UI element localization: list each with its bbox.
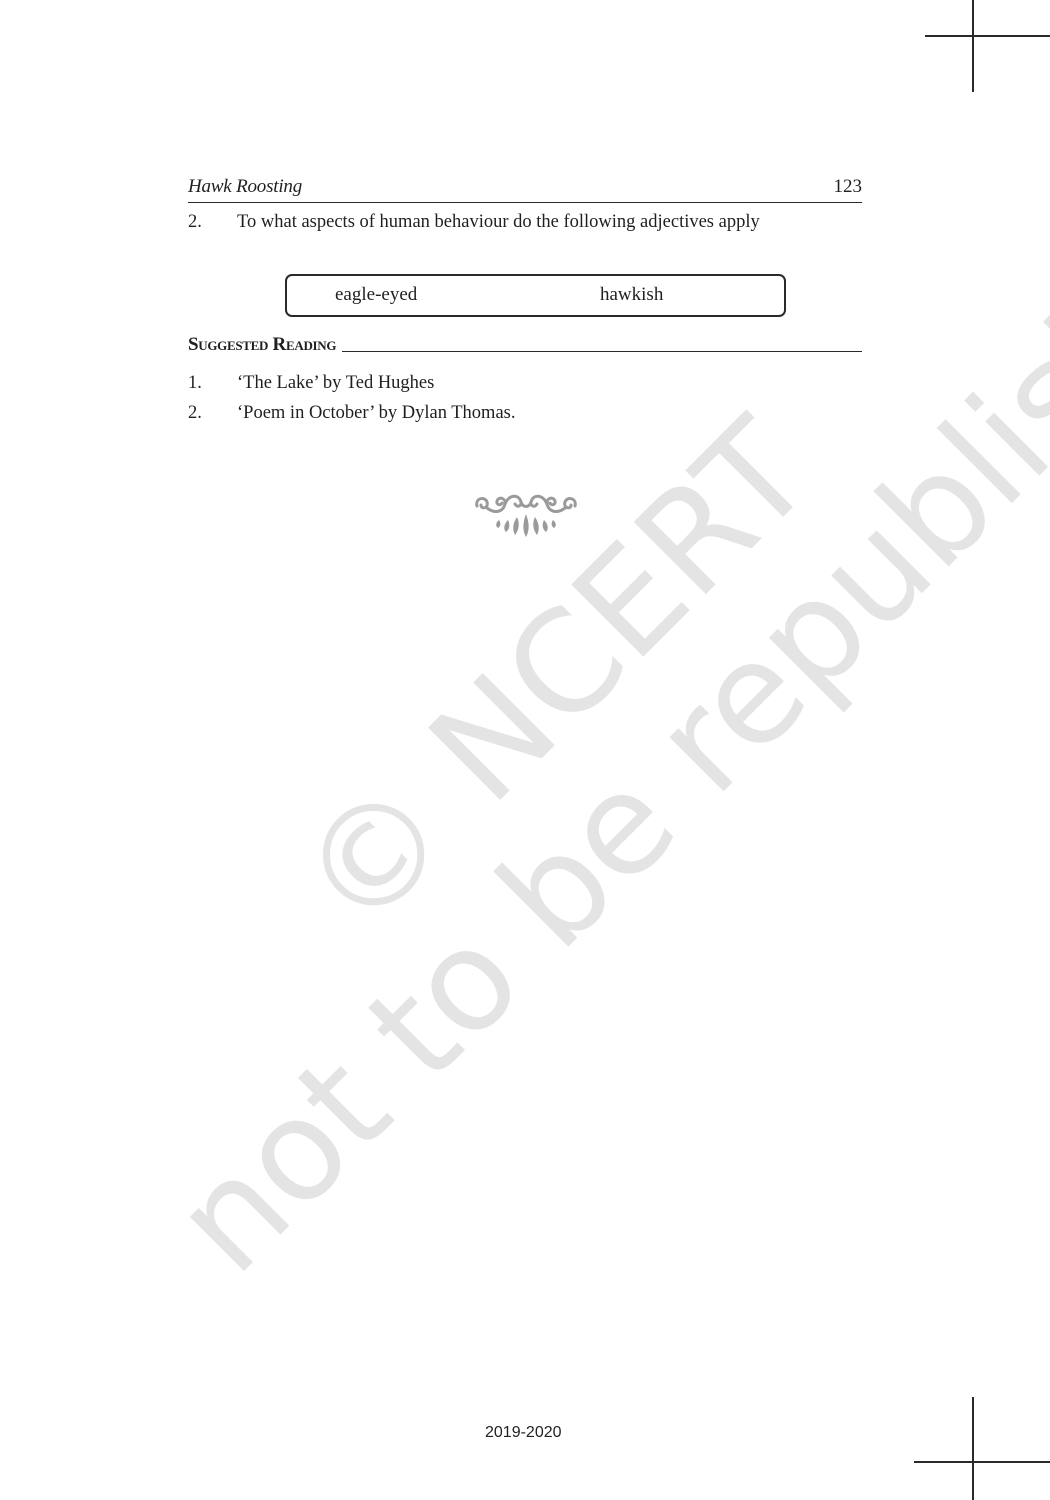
running-head: Hawk Roosting 123 [188, 174, 862, 203]
suggested-reading-heading: Suggested Reading [188, 335, 862, 355]
crop-mark-top-right-horizontal [925, 35, 1050, 37]
suggested-reading-list: 1. ‘The Lake’ by Ted Hughes 2. ‘Poem in … [188, 371, 862, 431]
page-number: 123 [834, 176, 863, 198]
section-heading-label: Suggested Reading [188, 335, 336, 355]
section-heading-rule [342, 351, 862, 352]
word-hawkish: hawkish [600, 284, 663, 306]
list-item-number: 2. [188, 401, 202, 425]
footer-year: 2019-2020 [485, 1424, 562, 1442]
list-item-text: ‘The Lake’ by Ted Hughes [237, 371, 434, 395]
list-item: 2. ‘Poem in October’ by Dylan Thomas. [188, 401, 862, 431]
list-item-number: 1. [188, 371, 202, 395]
crop-mark-top-right-vertical [972, 0, 974, 92]
crop-mark-bottom-right-vertical [972, 1397, 974, 1500]
question-2: 2. To what aspects of human behaviour do… [188, 210, 862, 234]
adjective-word-box: eagle-eyed hawkish [285, 274, 786, 317]
question-text: To what aspects of human behaviour do th… [237, 210, 862, 234]
watermark-line-1: © NCERT [269, 390, 843, 964]
list-item-text: ‘Poem in October’ by Dylan Thomas. [237, 401, 515, 425]
list-item: 1. ‘The Lake’ by Ted Hughes [188, 371, 862, 401]
word-eagle-eyed: eagle-eyed [335, 284, 417, 306]
chapter-title: Hawk Roosting [188, 176, 302, 198]
crop-mark-bottom-right-horizontal [914, 1461, 1050, 1463]
question-number: 2. [188, 210, 202, 234]
floral-ornament-icon [473, 490, 579, 540]
